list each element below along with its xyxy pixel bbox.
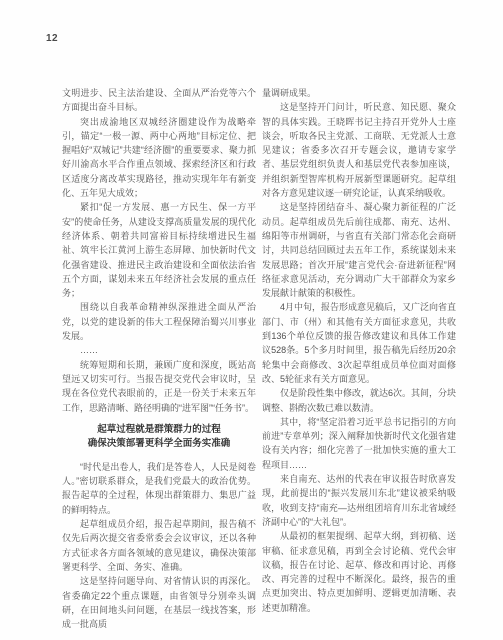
body-paragraph: 其中，将“坚定沿着习近平总书记指引的方向前进”专章单列；深入阐释加快新时代文化强… <box>262 415 456 472</box>
body-paragraph: 这是坚持团结奋斗、凝心聚力新征程的广泛动员。起草组成员先后前往成都、南充、达州、… <box>262 200 456 300</box>
section-heading-line-1: 起草过程就是群策群力的过程 <box>62 423 256 438</box>
body-paragraph: 统筹短期和长期，兼顾广度和深度，既站高望远又切实可行。当报告提交党代会审议时，呈… <box>62 358 256 415</box>
body-paragraph: 来自南充、达州的代表在审议报告时欣喜发现，此前提出的“振兴发展川东北”建议被采纳… <box>262 472 456 529</box>
body-paragraph: 这是坚持问题导向、对省情认识的再深化。省委确定22个重点课题，由省领导分别牵头调… <box>62 574 256 631</box>
body-paragraph: 起草组成员介绍，报告起草期间，报告稿不仅先后两次提交省委常委会会议审议，还以各种… <box>62 517 256 574</box>
body-paragraph: “时代是出卷人，我们是答卷人，人民是阅卷人。”密切联系群众，是我们党最大的政治优… <box>62 460 256 517</box>
body-paragraph: 文明进步、民主法治建设、全面从严治党等六个方面提出奋斗目标。 <box>62 86 256 115</box>
body-paragraph: 仅是阶段性集中修改，就达6次。其间，分块调整、斟酌次数已难以数清。 <box>262 386 456 415</box>
body-paragraph: 从最初的框架提纲、起草大纲，到初稿、送审稿、征求意见稿，再到全会讨论稿、党代会审… <box>262 529 456 615</box>
ellipsis-paragraph: …… <box>62 343 256 357</box>
section-heading: 起草过程就是群策群力的过程 确保决策部署更科学全面务实准确 <box>62 423 256 452</box>
body-paragraph: 围绕以自我革命精神纵深推进全面从严治党，以党的建设新的伟大工程保障治蜀兴川事业发… <box>62 300 256 343</box>
body-paragraph: 量调研成果。 <box>262 86 456 100</box>
page-number: 12 <box>46 33 58 44</box>
body-paragraph: 突出成渝地区双城经济圈建设作为战略牵引，锚定“一极一源、两中心两地”目标定位、把… <box>62 115 256 201</box>
body-paragraph: 这是坚持开门问计，听民意、知民愿、聚众智的具体实践。王晓晖书记主持召开党外人士座… <box>262 100 456 200</box>
body-paragraph: 紧扣“促一方发展、惠一方民生、保一方平安”的使命任务，从建设支撑高质量发展的现代… <box>62 200 256 300</box>
article-body: 文明进步、民主法治建设、全面从严治党等六个方面提出奋斗目标。 突出成渝地区双城经… <box>62 86 456 631</box>
section-heading-line-2: 确保决策部署更科学全面务实准确 <box>62 437 256 452</box>
document-page: 12 文明进步、民主法治建设、全面从严治党等六个方面提出奋斗目标。 突出成渝地区… <box>0 0 503 640</box>
right-column: 量调研成果。 这是坚持开门问计，听民意、知民愿、聚众智的具体实践。王晓晖书记主持… <box>262 86 456 631</box>
body-paragraph: 4月中旬，报告形成意见稿后，又广泛向省直部门、市（州）和其他有关方面征求意见，共… <box>262 300 456 386</box>
left-column: 文明进步、民主法治建设、全面从严治党等六个方面提出奋斗目标。 突出成渝地区双城经… <box>62 86 256 631</box>
